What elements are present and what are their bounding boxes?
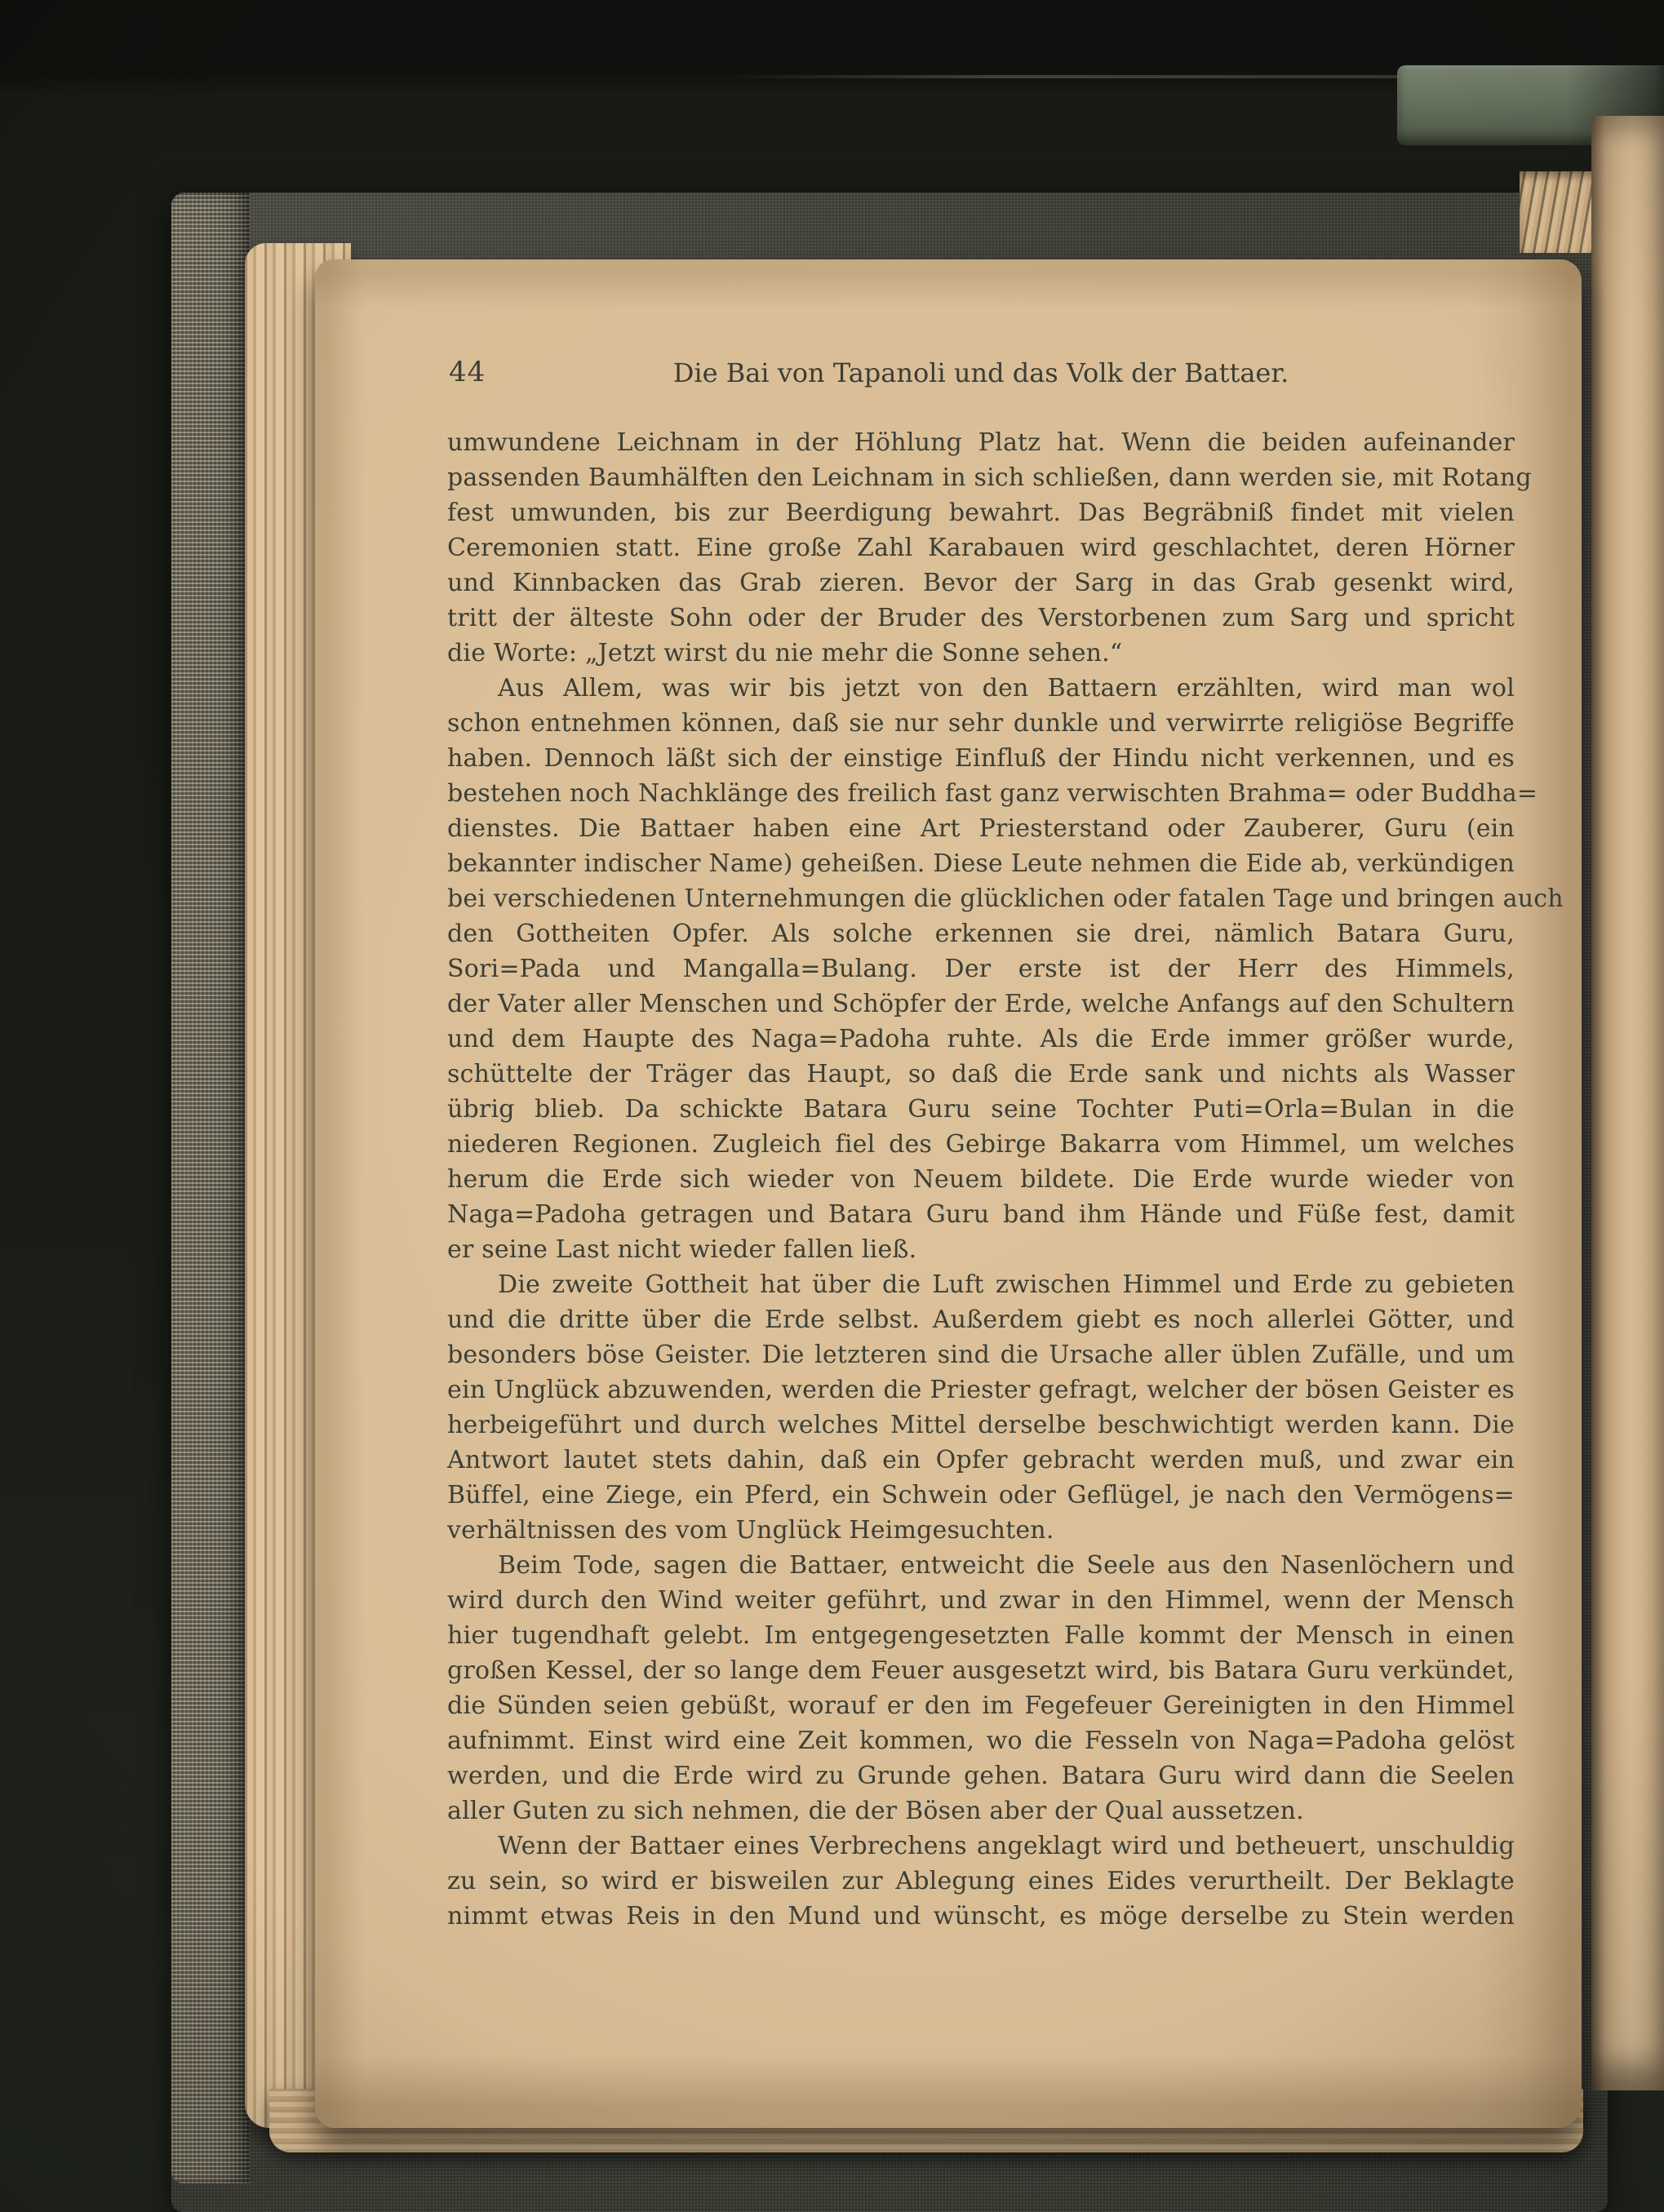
text-line: verhältnissen des vom Unglück Heimgesuch… <box>447 1513 1515 1548</box>
text-line: umwundene Leichnam in der Höhlung Platz … <box>447 425 1515 460</box>
text-line: schüttelte der Träger das Haupt, so daß … <box>447 1057 1515 1092</box>
text-line: Ceremonien statt. Eine große Zahl Karaba… <box>447 530 1515 565</box>
text-line: und die dritte über die Erde selbst. Auß… <box>447 1302 1515 1337</box>
text-line: tritt der älteste Sohn oder der Bruder d… <box>447 601 1515 636</box>
text-line: Die zweite Gottheit hat über die Luft zw… <box>447 1267 1515 1302</box>
text-line: fest umwunden, bis zur Beerdigung bewahr… <box>447 495 1515 530</box>
text-line: Wenn der Battaer eines Verbrechens angek… <box>447 1829 1515 1864</box>
text-line: den Gottheiten Opfer. Als solche erkenne… <box>447 916 1515 951</box>
text-line: die Worte: „Jetzt wirst du nie mehr die … <box>447 636 1515 671</box>
text-line: haben. Dennoch läßt sich der einstige Ei… <box>447 741 1515 776</box>
text-line: aufnimmt. Einst wird eine Zeit kommen, w… <box>447 1723 1515 1758</box>
text-line: bekannter indischer Name) geheißen. Dies… <box>447 846 1515 881</box>
book-cover-cloth-edge <box>171 193 250 2183</box>
text-line: niederen Regionen. Zugleich fiel des Geb… <box>447 1127 1515 1162</box>
text-line: der Vater aller Menschen und Schöpfer de… <box>447 986 1515 1022</box>
text-line: und dem Haupte des Naga=Padoha ruhte. Al… <box>447 1022 1515 1057</box>
text-line: Büffel, eine Ziege, ein Pferd, ein Schwe… <box>447 1478 1515 1513</box>
text-line: aller Guten zu sich nehmen, die der Böse… <box>447 1793 1515 1829</box>
text-line: Antwort lautet stets dahin, daß ein Opfe… <box>447 1443 1515 1478</box>
text-line: dienstes. Die Battaer haben eine Art Pri… <box>447 811 1515 846</box>
text-line: großen Kessel, der so lange dem Feuer au… <box>447 1653 1515 1688</box>
text-line: zu sein, so wird er bisweilen zur Ablegu… <box>447 1864 1515 1899</box>
text-line: bestehen noch Nachklänge des freilich fa… <box>447 776 1515 811</box>
text-line: nimmt etwas Reis in den Mund und wünscht… <box>447 1899 1515 1934</box>
running-header: Die Bai von Tapanoli und das Volk der Ba… <box>447 357 1515 388</box>
text-line: hier tugendhaft gelebt. Im entgegengeset… <box>447 1618 1515 1653</box>
text-line: herbeigeführt und durch welches Mittel d… <box>447 1407 1515 1443</box>
text-line: Naga=Padoha getragen und Batara Guru ban… <box>447 1197 1515 1232</box>
text-line: wird durch den Wind weiter geführt, und … <box>447 1583 1515 1618</box>
text-line: Beim Tode, sagen die Battaer, entweicht … <box>447 1548 1515 1583</box>
text-line: die Sünden seien gebüßt, worauf er den i… <box>447 1688 1515 1723</box>
text-line: übrig blieb. Da schickte Batara Guru sei… <box>447 1092 1515 1127</box>
scanned-book-photo: 44 Die Bai von Tapanoli und das Volk der… <box>0 0 1664 2212</box>
text-line: Aus Allem, was wir bis jetzt von den Bat… <box>447 671 1515 706</box>
text-line: ein Unglück abzuwenden, werden die Pries… <box>447 1372 1515 1407</box>
text-line: und Kinnbacken das Grab zieren. Bevor de… <box>447 565 1515 601</box>
fore-edge-pages <box>1591 116 1664 2090</box>
page-body: umwundene Leichnam in der Höhlung Platz … <box>447 425 1515 1934</box>
text-line: besonders böse Geister. Die letzteren si… <box>447 1337 1515 1372</box>
text-line: passenden Baumhälften den Leichnam in si… <box>447 460 1515 495</box>
text-line: er seine Last nicht wieder fallen ließ. <box>447 1232 1515 1267</box>
text-line: schon entnehmen können, daß sie nur sehr… <box>447 706 1515 741</box>
text-line: Sori=Pada und Mangalla=Bulang. Der erste… <box>447 951 1515 986</box>
text-line: werden, und die Erde wird zu Grunde gehe… <box>447 1758 1515 1793</box>
text-line: herum die Erde sich wieder von Neuem bil… <box>447 1162 1515 1197</box>
text-line: bei verschiedenen Unternehmungen die glü… <box>447 881 1515 916</box>
page-header: 44 Die Bai von Tapanoli und das Volk der… <box>447 356 1515 395</box>
